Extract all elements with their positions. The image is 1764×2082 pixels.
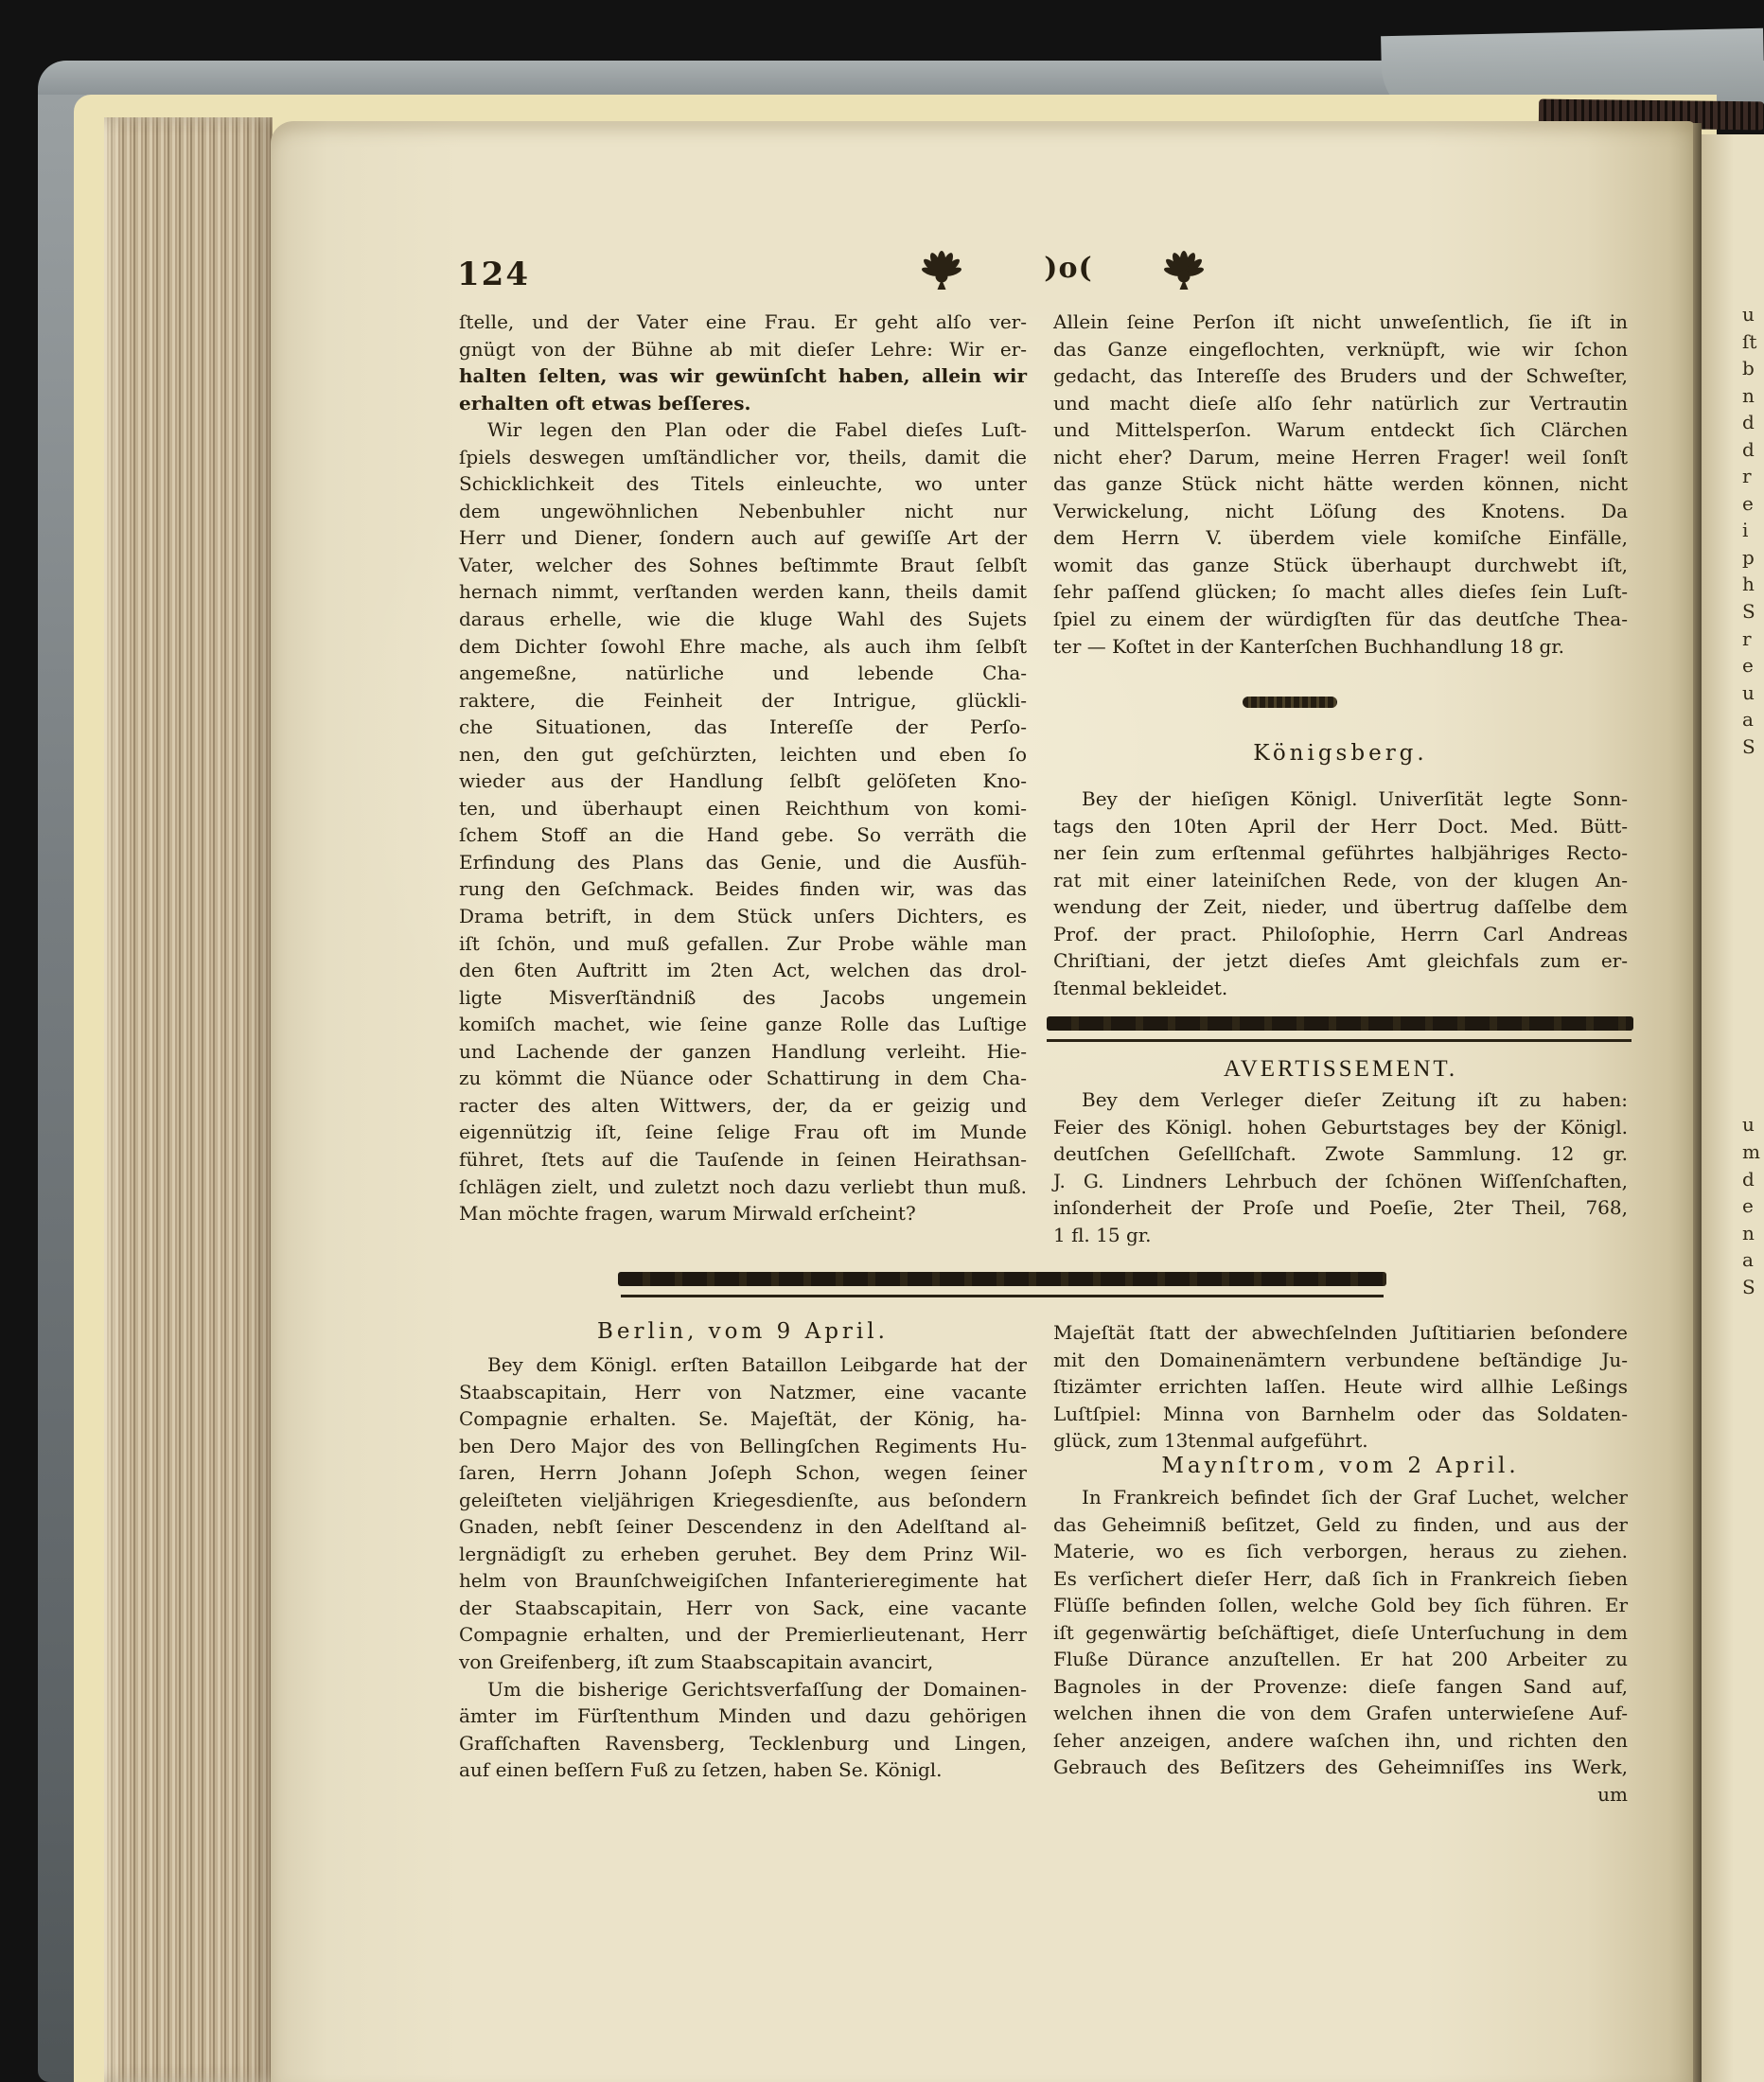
gutter-shadow	[1693, 123, 1702, 2082]
text-line: führet, ſtets auf die Tauſende in ſeinen…	[459, 1146, 1027, 1173]
text-line: dem ungewöhnlichen Nebenbuhler nicht nur	[459, 498, 1027, 525]
text-line: racter des alten Wittwers, der, da er ge…	[459, 1092, 1027, 1120]
text-line: inſonderheit der Proſe und Poeſie, 2ter …	[1053, 1194, 1628, 1222]
berlin-section-text: Bey dem Königl. erſten Bataillon Leibgar…	[459, 1351, 1027, 1784]
text-line: b	[1742, 355, 1764, 382]
text-line: ter — Koſtet in der Kanterſchen Buchhand…	[1053, 633, 1628, 661]
text-line: r	[1742, 626, 1764, 653]
text-line: hernach nimmt, verſtanden werden kann, t…	[459, 578, 1027, 606]
divider-thick-rule	[1047, 1016, 1633, 1031]
text-line: wendung der Zeit, nieder, und übertrug d…	[1053, 893, 1628, 921]
text-line: ner ſein zum erſtenmal geführtes halbjäh…	[1053, 839, 1628, 867]
text-line: Herr und Diener, ſondern auch auf gewiſſ…	[459, 524, 1027, 552]
text-line: Majeſtät ſtatt der abwechſelnden Juſtiti…	[1053, 1319, 1628, 1347]
text-line: das ganze Stück nicht hätte werden könne…	[1053, 470, 1628, 498]
text-line: S	[1742, 733, 1764, 761]
konigsberg-section-text: Bey der hieſigen Königl. Univerſität leg…	[1053, 785, 1628, 1001]
bottom-right-continuation-text: Majeſtät ſtatt der abwechſelnden Juſtiti…	[1053, 1319, 1628, 1455]
text-line: ſaren, Herrn Johann Joſeph Schon, wegen …	[459, 1459, 1027, 1487]
text-line: um	[1053, 1781, 1628, 1809]
text-line: J. G. Lindners Lehrbuch der ſchönen Wiſſ…	[1053, 1168, 1628, 1195]
text-line: u	[1742, 301, 1764, 328]
text-line: Gnaden, nebſt ſeiner Descendenz in den A…	[459, 1513, 1027, 1541]
text-line: d	[1742, 409, 1764, 436]
text-line: rung den Geſchmack. Beides finden wir, w…	[459, 875, 1027, 903]
text-line: ſehr paſſend glücken; ſo macht alles die…	[1053, 578, 1628, 606]
text-line: Erfindung des Plans das Genie, und die A…	[459, 849, 1027, 876]
text-line: ſchlägen zielt, und zuletzt noch dazu ve…	[459, 1173, 1027, 1201]
text-line: S	[1742, 598, 1764, 626]
text-line: eigennützig iſt, ſeine ſelige Frau oft i…	[459, 1119, 1027, 1146]
text-line	[1742, 787, 1764, 815]
konigsberg-heading: Königsberg.	[1053, 741, 1628, 766]
text-line: Flüſſe befinden ſollen, welche Gold bey …	[1053, 1592, 1628, 1619]
text-line: rat mit einer lateiniſchen Rede, von der…	[1053, 867, 1628, 894]
text-line: halten ſelten, was wir gewünſcht haben, …	[459, 362, 1027, 390]
shell-fleuron-icon-svg	[920, 248, 963, 293]
text-line: welchen ihnen die von dem Grafen unterwi…	[1053, 1700, 1628, 1727]
text-line: u	[1742, 679, 1764, 707]
text-line: ſpiel zu einem der würdigſten für das de…	[1053, 606, 1628, 633]
text-line: Wir legen den Plan oder die Fabel dieſes…	[459, 416, 1027, 444]
text-line: e	[1742, 490, 1764, 518]
text-line	[1742, 814, 1764, 841]
text-line: p	[1742, 544, 1764, 572]
text-line	[1742, 1057, 1764, 1085]
text-line: n	[1742, 382, 1764, 410]
text-line: e	[1742, 1192, 1764, 1220]
text-line: nen, den gut geſchürzten, leichten und e…	[459, 741, 1027, 768]
section-ornament-rule	[1243, 697, 1337, 708]
text-line: dem Dichter ſowohl Ehre mache, als auch …	[459, 633, 1027, 661]
text-line: das Ganze eingeflochten, verknüpft, wie …	[1053, 336, 1628, 363]
text-line: ten, und überhaupt einen Reichthum von k…	[459, 795, 1027, 822]
text-line: tags den 10ten April der Herr Doct. Med.…	[1053, 813, 1628, 840]
text-line	[1742, 1085, 1764, 1112]
text-line: das Geheimniß beſitzet, Geld zu finden, …	[1053, 1511, 1628, 1539]
text-line: Fluße Dürance anzuſtellen. Er hat 200 Ar…	[1053, 1646, 1628, 1673]
text-line: und macht dieſe alſo ſehr natürlich zur …	[1053, 390, 1628, 417]
text-line: Drama betrift, in dem Stück unſers Dicht…	[459, 903, 1027, 930]
text-line	[1742, 1300, 1764, 1328]
text-line: Grafſchaften Ravensberg, Tecklenburg und…	[459, 1730, 1027, 1757]
text-line: Staabscapitain, Herr von Natzmer, eine v…	[459, 1379, 1027, 1406]
text-line: auf einen beſſern Fuß zu ſetzen, haben S…	[459, 1756, 1027, 1784]
text-line: den 6ten Auftritt im 2ten Act, welchen d…	[459, 957, 1027, 984]
text-line: d	[1742, 436, 1764, 464]
text-line: ſeher anzeigen, andere waſchen ihn, und …	[1053, 1727, 1628, 1755]
text-line: komiſch machet, wie ſeine ganze Rolle da…	[459, 1011, 1027, 1038]
text-line: che Situationen, das Intereſſe der Perſo…	[459, 714, 1027, 741]
text-line	[1742, 868, 1764, 895]
text-line: helm von Braunſchweigiſchen Infanteriere…	[459, 1567, 1027, 1595]
text-line: mit den Domainenämtern verbundene beſtän…	[1053, 1347, 1628, 1374]
text-line: e	[1742, 652, 1764, 679]
text-line: deutſchen Geſellſchaft. Zwote Sammlung. …	[1053, 1140, 1628, 1168]
text-line: a	[1742, 706, 1764, 733]
text-line: ben Dero Major des von Bellingſchen Regi…	[459, 1433, 1027, 1460]
text-line: u	[1742, 1111, 1764, 1138]
text-line: erhalten oft etwas beſſeres.	[459, 390, 1027, 417]
text-line: iſt ſchön, und muß gefallen. Zur Probe w…	[459, 930, 1027, 958]
text-line	[1742, 977, 1764, 1004]
column-2-review-text: Allein ſeine Perſon iſt nicht unweſentli…	[1053, 309, 1628, 660]
text-line	[1742, 1031, 1764, 1058]
midpage-divider-thick-rule	[618, 1272, 1386, 1286]
text-line: ſtelle, und der Vater eine Frau. Er geht…	[459, 309, 1027, 336]
text-line: ſtizämter errichten laſſen. Heute wird a…	[1053, 1373, 1628, 1401]
text-line	[1742, 760, 1764, 787]
text-line	[1742, 1328, 1764, 1355]
text-line: und Mittelsperſon. Warum entdeckt ſich C…	[1053, 416, 1628, 444]
text-line: S	[1742, 1274, 1764, 1301]
text-line: Man möchte fragen, warum Mirwald erſchei…	[459, 1200, 1027, 1227]
avertissement-heading: AVERTISSEMENT.	[1053, 1056, 1628, 1083]
text-line: m	[1742, 1138, 1764, 1166]
text-line: Bey dem Königl. erſten Bataillon Leibgar…	[459, 1351, 1027, 1379]
text-line: ſpiels deswegen umſtändlicher vor, theil…	[459, 444, 1027, 471]
text-line: Luſtſpiel: Minna von Barnhelm oder das S…	[1053, 1401, 1628, 1428]
text-line: womit das ganze Stück überhaupt durchweb…	[1053, 552, 1628, 579]
text-line: 1 fl. 15 gr.	[1053, 1222, 1628, 1249]
text-line: h	[1742, 571, 1764, 598]
text-line: Schicklichkeit des Titels einleuchte, wo…	[459, 470, 1027, 498]
text-line: der Staabscapitain, Herr von Sack, eine …	[459, 1595, 1027, 1622]
text-line: a	[1742, 1246, 1764, 1274]
text-line: Bagnoles in der Provenze: dieſe fangen S…	[1053, 1673, 1628, 1701]
text-line: Feier des Königl. hohen Geburtstages bey…	[1053, 1114, 1628, 1141]
text-line: und Lachende der ganzen Handlung verleih…	[459, 1038, 1027, 1066]
page-number: 124	[457, 256, 530, 293]
text-line	[1742, 949, 1764, 977]
maynstrom-heading: Maynſtrom, vom 2 April.	[1053, 1454, 1628, 1478]
text-line: Materie, wo es ſich verborgen, heraus zu…	[1053, 1538, 1628, 1565]
text-line: d	[1742, 1166, 1764, 1193]
text-line: glück, zum 13tenmal aufgeführt.	[1053, 1427, 1628, 1455]
text-line	[1742, 1003, 1764, 1031]
berlin-heading: Berlin, vom 9 April.	[459, 1319, 1027, 1344]
text-line: gnügt von der Bühne ab mit dieſer Lehre:…	[459, 336, 1027, 363]
text-line: daraus erhelle, wie die kluge Wahl des S…	[459, 606, 1027, 633]
header-ornament-center: )o(	[1035, 252, 1102, 285]
divider-thin-rule	[1047, 1039, 1632, 1042]
text-line: In Frankreich befindet ſich der Graf Luc…	[1053, 1484, 1628, 1511]
text-line: Es verſichert dieſer Herr, daß ſich in F…	[1053, 1565, 1628, 1593]
text-line	[1742, 923, 1764, 950]
text-line: Chriſtiani, der jetzt dieſes Amt gleichf…	[1053, 947, 1628, 975]
text-line: Verwickelung, nicht Löſung des Knotens. …	[1053, 498, 1628, 525]
text-line: i	[1742, 517, 1764, 544]
text-line: lergnädigſt zu erheben geruhet. Bey dem …	[459, 1541, 1027, 1568]
text-line: wieder aus der Handlung ſelbſt gelöſeten…	[459, 768, 1027, 795]
text-line: Compagnie erhalten, und der Premierlieut…	[459, 1621, 1027, 1649]
text-line: ſt	[1742, 328, 1764, 356]
text-line: ſtenmal bekleidet.	[1053, 975, 1628, 1002]
text-line: r	[1742, 463, 1764, 490]
text-line: raktere, die Feinheit der Intrigue, glüc…	[459, 687, 1027, 715]
text-line: Allein ſeine Perſon iſt nicht unweſentli…	[1053, 309, 1628, 336]
avertissement-text: Bey dem Verleger dieſer Zeitung iſt zu h…	[1053, 1086, 1628, 1248]
text-line: von Greifenberg, iſt zum Staabscapitain …	[459, 1649, 1027, 1676]
text-line: nicht eher? Darum, meine Herren Frager! …	[1053, 444, 1628, 471]
text-line: Prof. der pract. Philoſophie, Herrn Carl…	[1053, 921, 1628, 948]
text-line: ämter im Fürſtenthum Minden und dazu geh…	[459, 1703, 1027, 1730]
shell-fleuron-icon	[1162, 248, 1206, 297]
column-1-text: ſtelle, und der Vater eine Frau. Er geht…	[459, 309, 1027, 1227]
text-line: dem Herrn V. überdem viele komiſche Einf…	[1053, 524, 1628, 552]
next-page-text-fragments: uſtbnddreiphSreuaSumdenaS	[1742, 301, 1764, 1815]
text-line: n	[1742, 1220, 1764, 1247]
text-line: gedacht, das Intereſſe des Bruders und d…	[1053, 362, 1628, 390]
text-line: geleiſteten vieljährigen Kriegesdienſte,…	[459, 1487, 1027, 1514]
text-line: Compagnie erhalten. Se. Majeſtät, der Kö…	[459, 1405, 1027, 1433]
page-stack-fore-edge	[104, 117, 273, 2082]
text-line: iſt gegenwärtig beſchäftiget, dieſe Unte…	[1053, 1619, 1628, 1647]
midpage-divider-thin-rule	[621, 1295, 1384, 1297]
text-line: ſchem Stoff an die Hand gebe. So verräth…	[459, 821, 1027, 849]
text-line	[1742, 895, 1764, 923]
text-line: zu kömmt die Nüance oder Schattirung in …	[459, 1065, 1027, 1092]
text-line: Vater, welcher des Sohnes beſtimmte Brau…	[459, 552, 1027, 579]
text-line: ligte Misverſtändniß des Jacobs ungemein	[459, 984, 1027, 1012]
maynstrom-section-text: In Frankreich befindet ſich der Graf Luc…	[1053, 1484, 1628, 1809]
shell-fleuron-icon	[920, 248, 963, 297]
text-line	[1742, 841, 1764, 869]
text-line: Um die bisherige Gerichtsverfaſſung der …	[459, 1676, 1027, 1703]
text-line: Bey der hieſigen Königl. Univerſität leg…	[1053, 785, 1628, 813]
text-line: Bey dem Verleger dieſer Zeitung iſt zu h…	[1053, 1086, 1628, 1114]
text-line: angemeßne, natürliche und lebende Cha-	[459, 660, 1027, 687]
text-line	[1742, 1354, 1764, 1382]
text-line: Gebrauch des Beſitzers des Geheimniſſes …	[1053, 1754, 1628, 1781]
